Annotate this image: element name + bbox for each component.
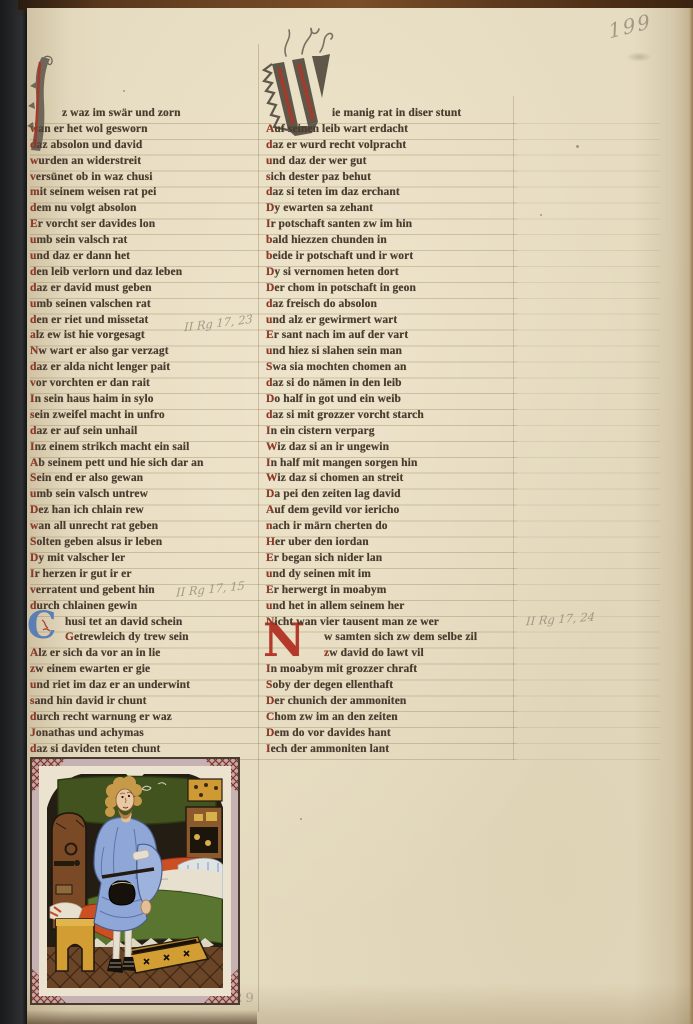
manuscript-line: Dez han ich chlain rew (30, 503, 258, 519)
versal-letter: E (266, 329, 274, 341)
manuscript-line: Da pei den zeiten lag david (266, 487, 518, 503)
manuscript-line: Der chom in potschaft in geon (266, 281, 518, 297)
manuscript-line: Er vorcht ser davides lon (30, 217, 258, 233)
manuscript-line: daz si daviden teten chunt (30, 742, 258, 758)
versal-letter: W (266, 441, 277, 453)
manuscript-line: umb sein valsch untrew (30, 487, 258, 503)
manuscript-line: Er began sich nider lan (266, 551, 518, 567)
ruling-lines-margin (517, 108, 660, 760)
manuscript-line: Dy mit valscher ler (30, 551, 258, 567)
text-column-left: z waz im swär und zornwan er het wol ges… (30, 106, 258, 758)
manuscript-line: In moabym mit grozzer chraft (266, 662, 518, 678)
manuscript-line: daz freisch do absolon (266, 297, 518, 313)
manuscript-page-photo: 199 II Rg 17, 23 II Rg 17, 15 II Rg 17, … (0, 0, 693, 1024)
versal-letter: E (266, 584, 274, 596)
manuscript-line: In sein haus haim in sylo (30, 392, 258, 408)
manuscript-line: z waz im swär und zorn (30, 106, 258, 122)
manuscript-line: und daz er dann het (30, 249, 258, 265)
versal-letter: m (30, 186, 40, 198)
manuscript-line: Do half in got und ein weib (266, 392, 518, 408)
manuscript-line: Soby der degen ellenthaft (266, 678, 518, 694)
manuscript-line: verratent und gebent hin (30, 583, 258, 599)
manuscript-line: den leib verlorn und daz leben (30, 265, 258, 281)
manuscript-line: w samten sich zw dem selbe zil (266, 630, 518, 646)
foxing-speck (300, 818, 302, 820)
manuscript-line: und daz der wer gut (266, 154, 518, 170)
manuscript-line: Jonathas und achymas (30, 726, 258, 742)
manuscript-line: den er riet und missetat (30, 313, 258, 329)
manuscript-line: wurden an widerstreit (30, 154, 258, 170)
manuscript-line: daz er wurd recht volpracht (266, 138, 518, 154)
manuscript-line: Chom zw im an den zeiten (266, 710, 518, 726)
manuscript-line: und riet im daz er an underwint (30, 678, 258, 694)
manuscript-line: daz er auf sein unhail (30, 424, 258, 440)
manuscript-line: bald hiezzen chunden in (266, 233, 518, 249)
manuscript-line: Der chunich der ammoniten (266, 694, 518, 710)
manuscript-line: Auf seinen leib wart erdacht (266, 122, 518, 138)
manuscript-line: Nw wart er also gar verzagt (30, 344, 258, 360)
manuscript-line: versünet ob in waz chusi (30, 170, 258, 186)
pencil-smudge (626, 52, 652, 62)
manuscript-line: Ab seinem pett und hie sich dar an (30, 456, 258, 472)
manuscript-line: husi tet an david schein (30, 615, 258, 631)
manuscript-line: Er herwergt in moabym (266, 583, 518, 599)
bottom-page-shadow (27, 1010, 257, 1024)
manuscript-line: daz si do nämen in den leib (266, 376, 518, 392)
manuscript-line: Ir potschaft santen zw im hin (266, 217, 518, 233)
versal-letter: H (266, 536, 275, 548)
manuscript-line: und hiez si slahen sein man (266, 344, 518, 360)
manuscript-line: Iech der ammoniten lant (266, 742, 518, 758)
manuscript-line: sand hin david ir chunt (30, 694, 258, 710)
manuscript-line: nach ir märn cherten do (266, 519, 518, 535)
book-binding-edge (0, 0, 27, 1024)
manuscript-line: durch recht warnung er waz (30, 710, 258, 726)
manuscript-line: beide ir potschaft und ir wort (266, 249, 518, 265)
manuscript-line: Wiz daz si chomen an streit (266, 471, 518, 487)
manuscript-line: und alz er gewirmert wart (266, 313, 518, 329)
manuscript-line: vor vorchten er dan rait (30, 376, 258, 392)
manuscript-line: In ein cistern verparg (266, 424, 518, 440)
versal-letter: E (30, 218, 38, 230)
miniature-hanging-scene (30, 757, 240, 1005)
manuscript-line: umb sein valsch rat (30, 233, 258, 249)
manuscript-line: Ir herzen ir gut ir er (30, 567, 258, 583)
manuscript-line: mit seinem weisen rat pei (30, 185, 258, 201)
manuscript-line: Nicht wan vier tausent man ze wer (266, 615, 518, 631)
versal-letter: G (65, 631, 74, 643)
manuscript-line: Her uber den iordan (266, 535, 518, 551)
column-divider-rule (258, 44, 259, 1012)
manuscript-line: zw david do lawt vil (266, 646, 518, 662)
manuscript-line: Dy ewarten sa zehant (266, 201, 518, 217)
manuscript-line: ie manig rat in diser stunt (266, 106, 518, 122)
manuscript-line: In half mit mangen sorgen hin (266, 456, 518, 472)
text-column-right: ie manig rat in diser stuntAuf seinen le… (266, 106, 518, 758)
manuscript-line: wan all unrecht rat geben (30, 519, 258, 535)
manuscript-line: Solten geben alsus ir leben (30, 535, 258, 551)
manuscript-line: daz si mit grozzer vorcht starch (266, 408, 518, 424)
versal-letter: W (266, 472, 277, 484)
manuscript-line: daz er david must geben (30, 281, 258, 297)
manuscript-line: und het in allem seinem her (266, 599, 518, 615)
manuscript-line: alz ew ist hie vorgesagt (30, 328, 258, 344)
foxing-speck (123, 90, 125, 92)
manuscript-line: daz er alda nicht lenger pait (30, 360, 258, 376)
page-stack-edge (689, 8, 693, 1024)
manuscript-line: sein zweifel macht in unfro (30, 408, 258, 424)
manuscript-line: dem nu volgt absolon (30, 201, 258, 217)
manuscript-line: Inz einem strikch macht ein sail (30, 440, 258, 456)
manuscript-line: und dy seinen mit im (266, 567, 518, 583)
manuscript-line: Wiz daz si an ir ungewin (266, 440, 518, 456)
manuscript-line: Auf dem gevild vor iericho (266, 503, 518, 519)
manuscript-line: Dy si vernomen heten dort (266, 265, 518, 281)
manuscript-line: zw einem ewarten er gie (30, 662, 258, 678)
manuscript-line: Alz er sich da vor an in lie (30, 646, 258, 662)
manuscript-line: Sein end er also gewan (30, 471, 258, 487)
manuscript-line: wan er het wol gesworn (30, 122, 258, 138)
manuscript-line: Dem do vor davides hant (266, 726, 518, 742)
manuscript-line: durch chlainen gewin (30, 599, 258, 615)
versal-letter: E (266, 552, 274, 564)
manuscript-line: Er sant nach im auf der vart (266, 328, 518, 344)
manuscript-line: sich dester paz behut (266, 170, 518, 186)
manuscript-line: Getrewleich dy trew sein (30, 630, 258, 646)
manuscript-line: daz absolon und david (30, 138, 258, 154)
manuscript-line: umb seinen valschen rat (30, 297, 258, 313)
manuscript-line: Swa sia mochten chomen an (266, 360, 518, 376)
manuscript-line: daz si teten im daz erchant (266, 185, 518, 201)
